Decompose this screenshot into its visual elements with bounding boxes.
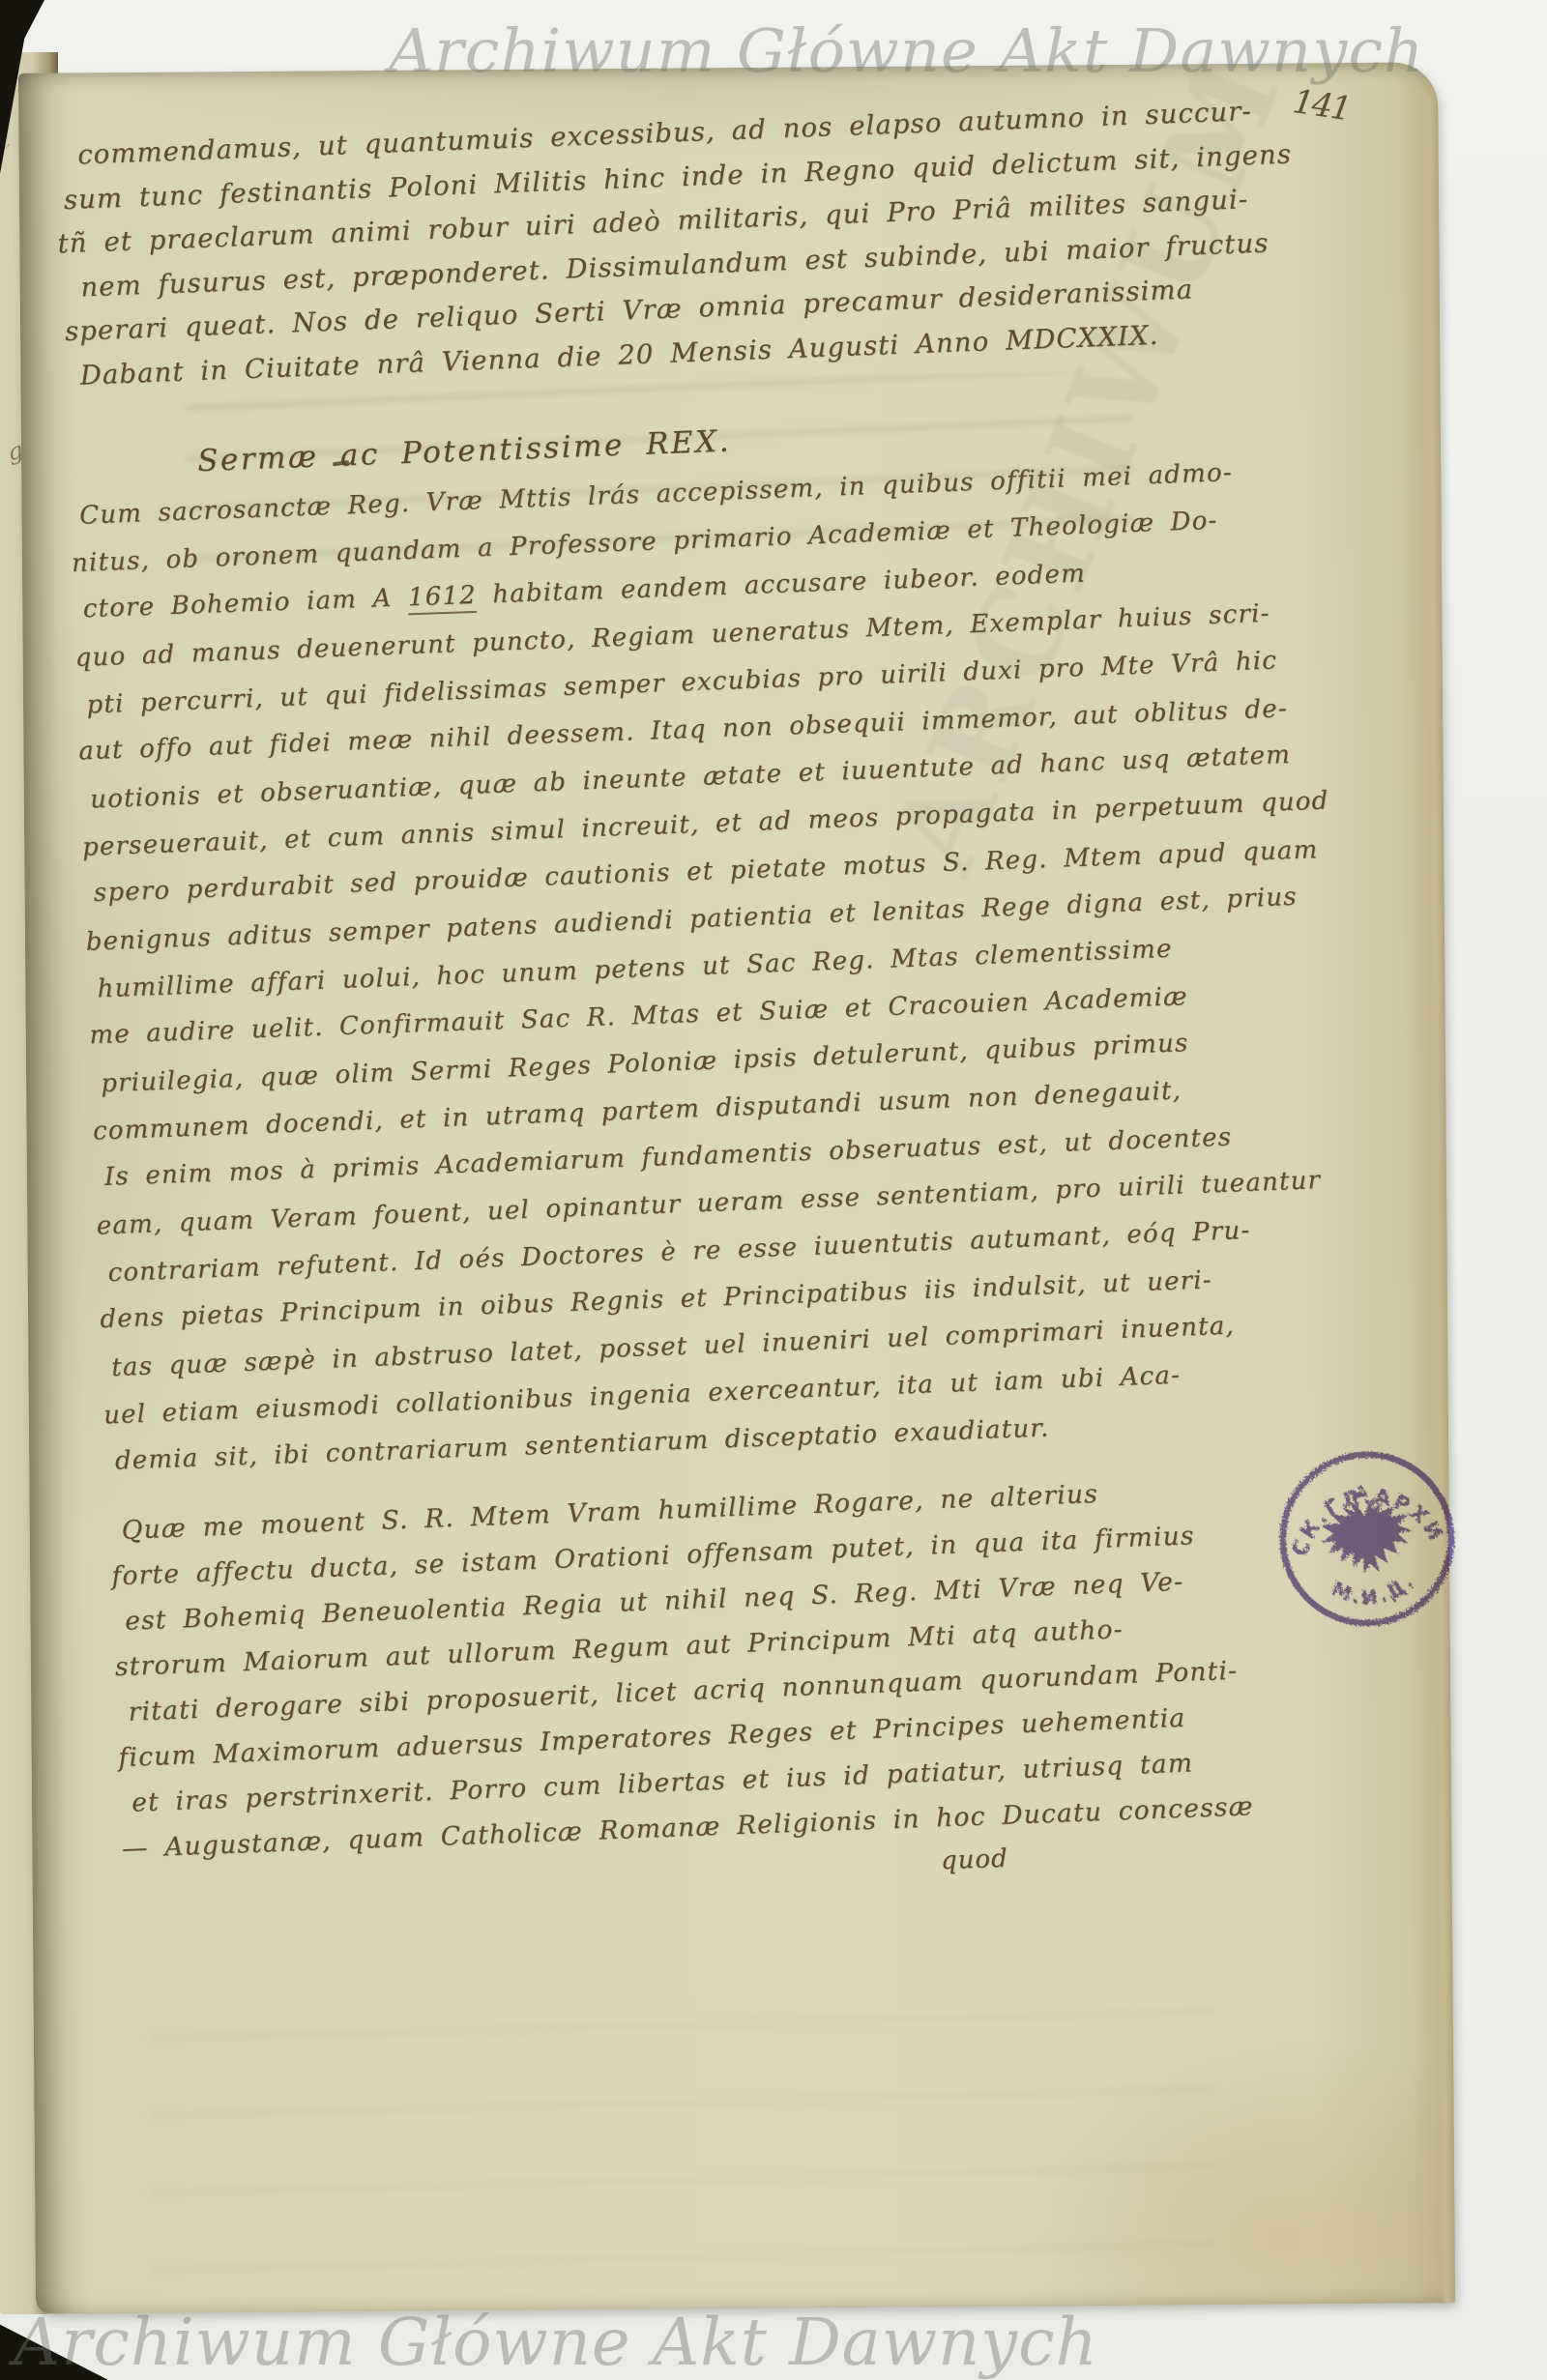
archive-watermark-bottom: Archiwum Główne Akt Dawnych <box>14 2305 1098 2380</box>
stamp-bottom-text: М.И.Д. <box>1326 1566 1422 1614</box>
page-thickness-edge <box>1423 95 1455 2303</box>
archive-stamp-icon: ✱ МОСК.ГЛ.АРХИВЪ ✱ М.И.Д. <box>1260 1432 1474 1646</box>
manuscript-text: commendamus, ut quantumuis excessibus, a… <box>51 86 1424 1906</box>
ink-bleedthrough-lower <box>150 1988 1215 2286</box>
manuscript-page: ARCHIWUM 141 commendamus, ut quantumuis … <box>18 62 1455 2313</box>
underlined-year: 1612 <box>407 581 477 615</box>
petition-paragraph: Quæ me mouent S. R. Mtem Vram humillime … <box>121 1460 1423 1872</box>
svg-text:М.И.Д.: М.И.Д. <box>1326 1566 1422 1614</box>
closing-paragraph: commendamus, ut quantumuis excessibus, a… <box>76 86 1367 398</box>
body-paragraph: Cum sacrosanctæ Reg. Vræ Mttis lrás acce… <box>78 445 1409 1487</box>
